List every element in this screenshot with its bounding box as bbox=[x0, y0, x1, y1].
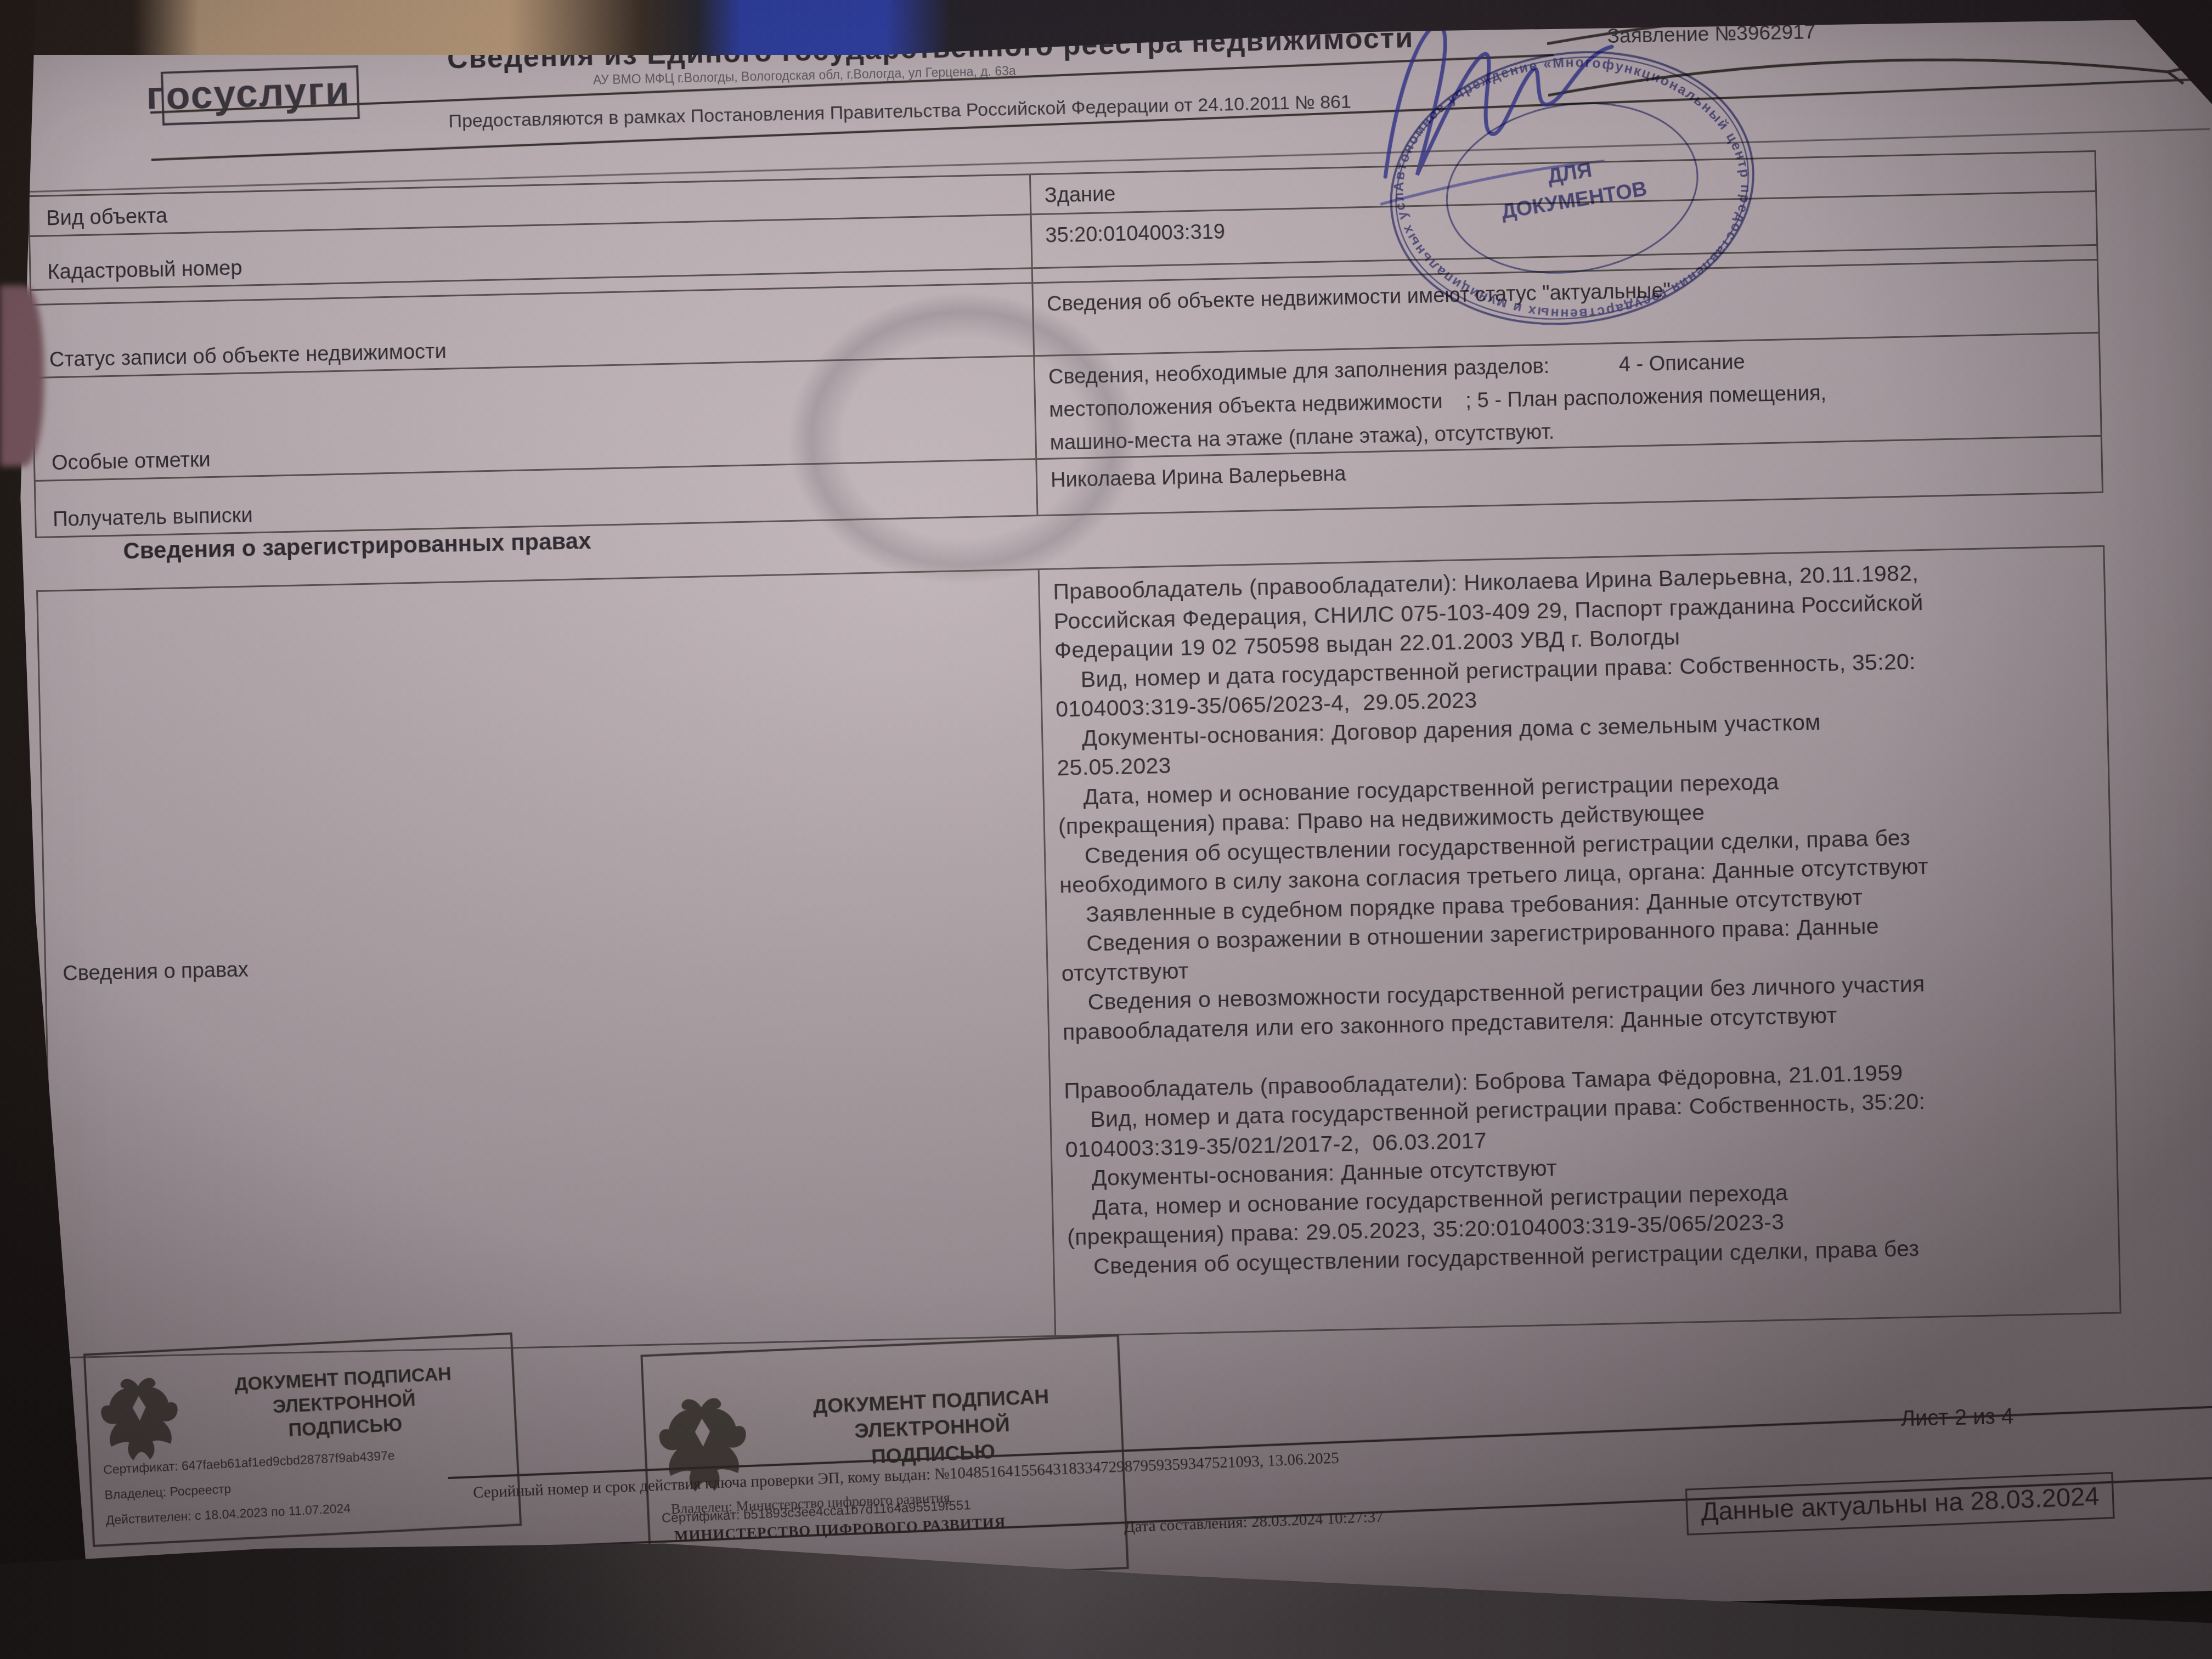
document-page: госуслуги Сведения из Единого государств… bbox=[0, 0, 2212, 1639]
gosuslugi-logo: госуслуги bbox=[145, 66, 359, 125]
stamp-validity: Действителен: с 18.04.2023 по 11.07.2024 bbox=[105, 1501, 351, 1528]
subtitle-regulation: Предоставляются в рамках Постановления П… bbox=[448, 92, 1351, 133]
composition-date-line: Дата составления: 28.03.2024 10:27:37 bbox=[1124, 1508, 1384, 1537]
rights-row-value: Правообладатель (правообладатели): Никол… bbox=[1040, 547, 2120, 1335]
rights-table: Сведения о правах Правообладатель (право… bbox=[36, 545, 2121, 1359]
esignature-stamp-rosreestr: ДОКУМЕНТ ПОДПИСАН ЭЛЕКТРОННОЙ ПОДПИСЬЮ С… bbox=[83, 1333, 522, 1547]
sheet-number: Лист 2 из 4 bbox=[1900, 1404, 2013, 1431]
logo-boxed-part: осуслуги bbox=[161, 65, 360, 126]
data-actual-date: Данные актуальны на 28.03.2024 bbox=[1685, 1472, 2115, 1536]
rights-row-label: Сведения о правах bbox=[38, 570, 1056, 1357]
background-pink-object bbox=[0, 285, 44, 466]
photo-scene: госуслуги Сведения из Единого государств… bbox=[0, 0, 2212, 1659]
object-info-table: Вид объекта Здание Кадастровый номер 35:… bbox=[27, 150, 2103, 538]
stamp-center-line1: ДЛЯ bbox=[1546, 159, 1594, 188]
stamp-owner: Владелец: Росреестр bbox=[104, 1481, 232, 1502]
round-ink-stamp: Автономное учреждение «Многофункциональн… bbox=[1377, 41, 1768, 346]
